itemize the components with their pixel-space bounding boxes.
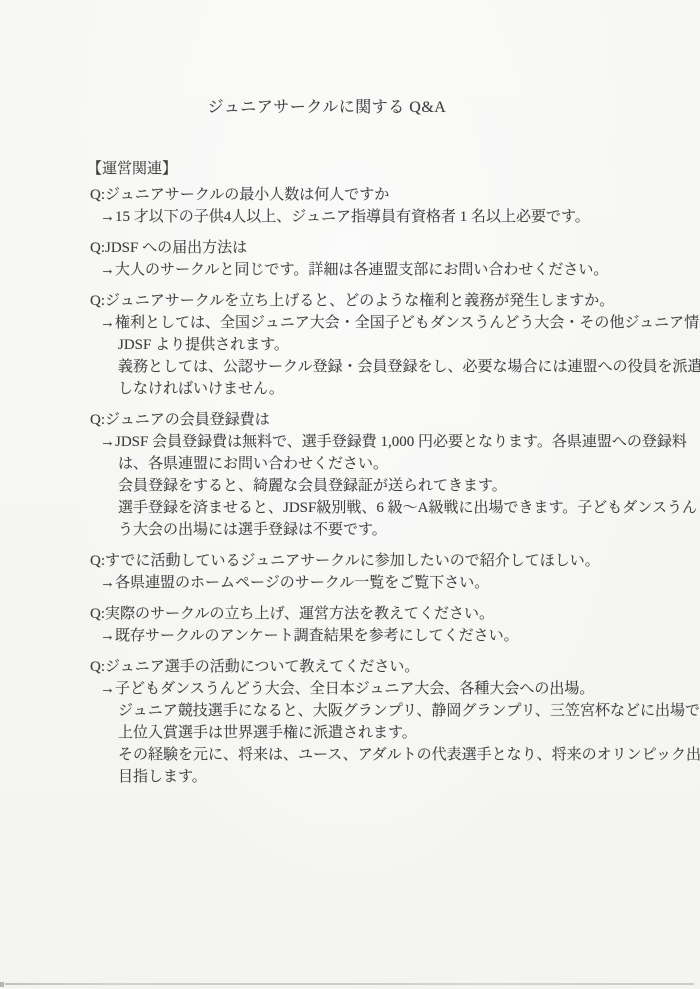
qa-block: Q:ジュニアサークルを立ち上げると、どのような権利と義務が発生しますか。 →権利… <box>0 290 700 400</box>
scan-edge-line <box>5 983 694 985</box>
qa-question: Q:ジュニア選手の活動について教えてください。 <box>90 656 700 678</box>
qa-question: Q:すでに活動しているジュニアサークルに参加したいので紹介してほしい。 <box>90 550 700 572</box>
qa-answer-line: →各県連盟のホームページのサークル一覧をご覧下さい。 <box>100 572 700 594</box>
qa-answer-line: →JDSF 会員登録費は無料で、選手登録費 1,000 円必要となります。各県連… <box>100 431 700 453</box>
qa-question: Q:JDSF への届出方法は <box>90 237 700 259</box>
document-page: ジュニアサークルに関する Q&A 【運営関連】 Q:ジュニアサークルの最小人数は… <box>0 0 700 989</box>
qa-answer-line: 目指します。 <box>118 766 700 788</box>
qa-answer-line: →既存サークルのアンケート調査結果を参考にしてください。 <box>100 625 700 647</box>
qa-block: Q:すでに活動しているジュニアサークルに参加したいので紹介してほしい。 →各県連… <box>0 550 700 594</box>
qa-answer-line: JDSF より提供されます。 <box>118 334 700 356</box>
qa-answer-line: 上位入賞選手は世界選手権に派遣されます。 <box>118 722 700 744</box>
qa-answer-line: →子どもダンスうんどう大会、全日本ジュニア大会、各種大会への出場。 <box>100 678 700 700</box>
qa-answer-line: 会員登録をすると、綺麗な会員登録証が送られてきます。 <box>118 475 700 497</box>
qa-answer-line: 選手登録を済ませると、JDSF級別戦、6 級〜A級戦に出場できます。子どもダンス… <box>118 497 700 519</box>
qa-block: Q:JDSF への届出方法は →大人のサークルと同じです。詳細は各連盟支部にお問… <box>0 237 700 281</box>
qa-block: Q:ジュニア選手の活動について教えてください。 →子どもダンスうんどう大会、全日… <box>0 656 700 788</box>
qa-list: Q:ジュニアサークルの最小人数は何人ですか →15 才以下の子供4人以上、ジュニ… <box>0 184 700 788</box>
qa-answer-line: しなければいけません。 <box>118 378 700 400</box>
qa-answer-line: →大人のサークルと同じです。詳細は各連盟支部にお問い合わせください。 <box>100 259 700 281</box>
qa-answer-line: →権利としては、全国ジュニア大会・全国子どもダンスうんどう大会・その他ジュニア情… <box>100 312 700 334</box>
qa-question: Q:ジュニアの会員登録費は <box>90 409 700 431</box>
qa-block: Q:実際のサークルの立ち上げ、運営方法を教えてください。 →既存サークルのアンケ… <box>0 603 700 647</box>
qa-answer-line: その経験を元に、将来は、ユース、アダルトの代表選手となり、将来のオリンピック出場… <box>118 744 700 766</box>
qa-question: Q:ジュニアサークルを立ち上げると、どのような権利と義務が発生しますか。 <box>90 290 700 312</box>
scan-corner-mark <box>0 982 4 987</box>
qa-block: Q:ジュニアの会員登録費は →JDSF 会員登録費は無料で、選手登録費 1,00… <box>0 409 700 541</box>
qa-question: Q:実際のサークルの立ち上げ、運営方法を教えてください。 <box>90 603 700 625</box>
qa-answer-line: ジュニア競技選手になると、大阪グランプリ、静岡グランプリ、三笠宮杯などに出場でき… <box>118 700 700 722</box>
section-heading: 【運営関連】 <box>87 158 700 180</box>
qa-question: Q:ジュニアサークルの最小人数は何人ですか <box>90 184 700 206</box>
qa-answer-line: →15 才以下の子供4人以上、ジュニア指導員有資格者 1 名以上必要です。 <box>100 206 700 228</box>
qa-answer-line: は、各県連盟にお問い合わせください。 <box>118 453 700 475</box>
qa-block: Q:ジュニアサークルの最小人数は何人ですか →15 才以下の子供4人以上、ジュニ… <box>0 184 700 228</box>
qa-answer-line: 義務としては、公認サークル登録・会員登録をし、必要な場合には連盟への役員を派遣 <box>118 356 700 378</box>
page-title: ジュニアサークルに関する Q&A <box>0 0 677 119</box>
qa-answer-line: う大会の出場には選手登録は不要です。 <box>118 519 700 541</box>
